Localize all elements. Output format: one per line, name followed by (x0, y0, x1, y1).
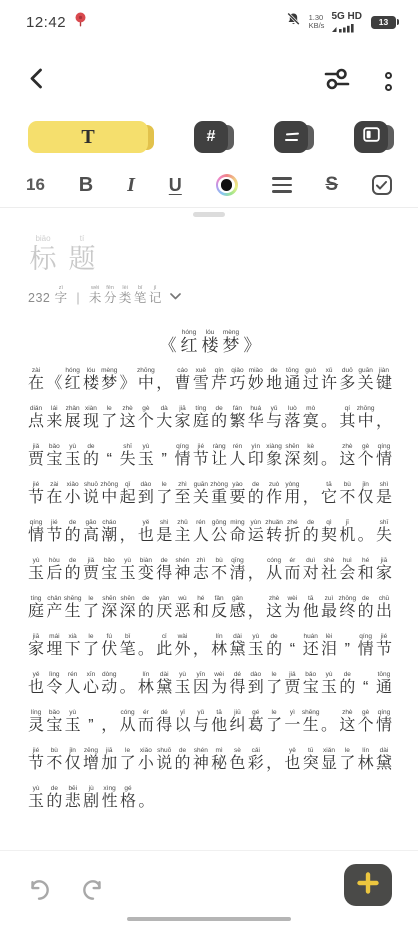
sheet-drag-handle[interactable] (193, 212, 225, 217)
text-style-key[interactable]: T (28, 121, 148, 153)
char-cell: biàn变 (138, 565, 154, 582)
note-text-line[interactable]: yù玉hòu后de的jiǎ贾bǎo宝yù玉biàn变de得shén神zhì志bù… (28, 547, 392, 585)
char-cell: xiǎo小 (65, 489, 81, 506)
todo-button[interactable] (372, 175, 392, 195)
char-cell: zuì最 (321, 603, 337, 620)
char-cell: gè个 (138, 413, 154, 430)
char-cell: shēn深 (120, 603, 136, 620)
char-cell: zhì志 (193, 565, 209, 582)
three-lines-icon (272, 177, 292, 192)
char-cell: ” (339, 641, 355, 658)
add-button[interactable] (344, 864, 392, 906)
char-cell: gāo高 (83, 527, 99, 544)
battery-level: 13 (379, 17, 388, 27)
char-cell: zhè这 (266, 603, 282, 620)
char-cell: yù玉 (248, 641, 264, 658)
char-cell: wù恶 (175, 603, 191, 620)
text-color-button[interactable] (216, 174, 238, 196)
char-cell: líng灵 (28, 717, 44, 734)
char-cell: shēng生 (303, 717, 319, 734)
char-cell: zhǔ主 (175, 527, 191, 544)
topic-key[interactable]: # (194, 121, 228, 153)
char-cell: de的 (138, 603, 154, 620)
text-style-key-label: T (28, 121, 148, 153)
char-cell: shì是 (376, 489, 392, 506)
list-lines-icon (285, 133, 298, 142)
char-cell: huán还 (303, 641, 319, 658)
char-cell: tōng通 (284, 375, 300, 392)
char-cell: hóng红 (65, 375, 81, 392)
char-cell: qín芹 (211, 375, 227, 392)
char-cell: guān关 (358, 375, 374, 392)
char-cell: xuě雪 (193, 375, 209, 392)
char-cell: zhōng终 (339, 603, 355, 620)
char-cell: tā他 (303, 603, 319, 620)
char-cell: lèi类 (119, 291, 132, 305)
char-cell: shī失 (120, 451, 136, 468)
char-cell: le了 (101, 413, 117, 430)
char-cell: de得 (156, 565, 172, 582)
note-text-line[interactable]: líng灵bǎo宝yù玉”，cóng从ér而dé得yǐ以yǔ与tā他jiū纠gé… (28, 699, 392, 737)
char-cell: tū突 (303, 755, 319, 772)
note-meta: 232 zì字 | wèi未fēn分lèi类bǐ笔jì记 (28, 289, 392, 305)
char-cell: mái埋 (46, 641, 62, 658)
char-cell: bǐ笔 (134, 291, 147, 305)
char-cell: yù玉 (28, 793, 44, 810)
char-cell: de的 (65, 527, 81, 544)
char-cell: tā它 (321, 489, 337, 506)
char-cell: le了 (266, 679, 282, 696)
location-pin-icon (74, 12, 87, 33)
char-cell: yì一 (284, 717, 300, 734)
char-cell: dòng动 (101, 679, 117, 696)
char-cell: chǎn产 (46, 603, 62, 620)
char-cell: bù不 (46, 755, 62, 772)
char-cell: qíng情 (358, 641, 374, 658)
char-cell: yòng用 (284, 489, 300, 506)
char-cell: wèi为 (211, 679, 227, 696)
char-cell: rén人 (193, 527, 209, 544)
char-cell: zhōng中 (138, 375, 154, 392)
char-cell: ， (156, 375, 172, 392)
char-cell: shén神 (193, 755, 209, 772)
plus-icon (357, 872, 379, 899)
signal-indicator: 5G HD (331, 12, 362, 33)
undo-arrow-icon (26, 877, 52, 908)
char-cell: jié节 (193, 451, 209, 468)
char-cell: qì契 (321, 527, 337, 544)
char-cell: xiǎo小 (138, 755, 154, 772)
char-cell: dà大 (156, 413, 172, 430)
char-cell: mìng命 (229, 527, 245, 544)
char-cell: yàn厌 (156, 603, 172, 620)
char-cell: mì秘 (211, 755, 227, 772)
char-cell: fán繁 (229, 413, 245, 430)
char-cell: ， (193, 641, 209, 658)
char-cell: yě也 (284, 755, 300, 772)
char-cell: zhōng中 (358, 413, 374, 430)
char-cell: ， (248, 565, 264, 582)
note-text-line[interactable]: tíng庭chǎn产shēng生le了shēn深shēn深de的yàn厌wù恶h… (28, 585, 392, 623)
hashtag-icon: # (207, 128, 216, 146)
char-cell: shè社 (321, 565, 337, 582)
note-body-title[interactable]: 《hóng红lóu楼mèng梦》 (28, 319, 392, 357)
char-cell: mò寞 (303, 413, 319, 430)
char-cell: xiǎn显 (321, 755, 337, 772)
char-cell: ， (101, 717, 117, 734)
char-cell: yù玉 (175, 679, 191, 696)
char-cell: le了 (156, 489, 172, 506)
char-cell: dài黛 (156, 679, 172, 696)
align-button[interactable] (272, 177, 292, 192)
options-button[interactable] (323, 67, 351, 96)
char-cell: bǎo宝 (46, 717, 62, 734)
char-cell: guò过 (303, 375, 319, 392)
note-text-line[interactable]: qíng情jié节de的gāo高cháo潮，yě也shì是zhǔ主rén人gōn… (28, 509, 392, 547)
char-cell: zhè这 (120, 413, 136, 430)
char-cell: rén人 (65, 679, 81, 696)
char-cell: huá华 (248, 413, 264, 430)
char-cell: zhǎn展 (65, 413, 81, 430)
char-cell: qí其 (339, 413, 355, 430)
note-text-line[interactable]: jiā家mái埋xià下le了fú伏bǐ笔。cǐ此wài外，lín林dài黛yù… (28, 623, 392, 661)
char-cell: “ (358, 679, 374, 696)
char-cell: fú伏 (101, 641, 117, 658)
color-wheel-icon (216, 174, 238, 196)
char-cell: shēn深 (284, 451, 300, 468)
char-cell: rén人 (229, 451, 245, 468)
status-bar: 12:42 1.30 KB/s (0, 0, 418, 40)
char-cell: yù玉 (321, 679, 337, 696)
char-cell: jié节 (28, 489, 44, 506)
char-cell: yě也 (28, 679, 44, 696)
char-cell: shuō说 (83, 489, 99, 506)
char-cell: de的 (175, 755, 191, 772)
char-cell: jié节 (46, 527, 62, 544)
font-size-button[interactable]: 16 (26, 175, 45, 195)
char-cell: qíng情 (175, 451, 191, 468)
char-cell: ， (303, 489, 319, 506)
char-cell: mèng梦 (223, 337, 240, 354)
char-cell: jǐn仅 (358, 489, 374, 506)
note-text-line[interactable]: jiǎ贾bǎo宝yù玉de的“shī失yù玉”qíng情jié节ràng让rén… (28, 433, 392, 471)
char-cell: lín林 (138, 679, 154, 696)
redo-arrow-icon (80, 877, 106, 908)
char-cell: yǔ与 (266, 413, 282, 430)
checkbox-check-icon (372, 175, 392, 195)
char-cell: zhòng重 (211, 489, 227, 506)
char-cell: yù玉 (65, 717, 81, 734)
char-cell: jiǎ贾 (28, 451, 44, 468)
char-cell: dé得 (229, 679, 245, 696)
char-cell: cóng从 (120, 717, 136, 734)
char-cell: jiàn键 (376, 375, 392, 392)
char-cell: ， (120, 527, 136, 544)
char-cell: bǎo宝 (46, 451, 62, 468)
char-cell: tíng庭 (193, 413, 209, 430)
char-cell: le了 (83, 641, 99, 658)
char-cell: miào妙 (248, 375, 264, 392)
char-cell: zhè这 (339, 717, 355, 734)
char-cell: huì会 (339, 565, 355, 582)
char-cell: yě也 (138, 527, 154, 544)
char-cell: guān关 (193, 489, 209, 506)
char-cell: yào要 (229, 489, 245, 506)
char-cell: de的 (266, 641, 282, 658)
char-cell: de的 (83, 451, 99, 468)
chevron-left-icon (26, 66, 48, 96)
char-cell: jiā家 (175, 413, 191, 430)
char-cell: hòu后 (46, 565, 62, 582)
char-cell: dài黛 (376, 755, 392, 772)
bell-off-icon (285, 11, 302, 33)
template-key[interactable] (354, 121, 388, 153)
char-cell: qiǎo巧 (229, 375, 245, 392)
note-body-text[interactable]: zài在《hóng红lóu楼mèng梦》zhōng中，cáo曹xuě雪qín芹q… (28, 357, 392, 813)
char-cell: le了 (83, 603, 99, 620)
char-cell: de的 (211, 413, 227, 430)
char-cell: yù玉 (120, 565, 136, 582)
chevron-down-icon[interactable] (170, 289, 181, 303)
more-menu-button[interactable] (385, 72, 392, 91)
char-cell: sè色 (229, 755, 245, 772)
char-cell: lóu楼 (202, 337, 219, 354)
bottom-bar (0, 850, 418, 925)
char-cell: cháo潮 (101, 527, 117, 544)
char-cell: zhuǎn转 (266, 527, 282, 544)
char-cell: dào到 (248, 679, 264, 696)
char-cell: shì是 (156, 527, 172, 544)
char-cell: ， (376, 413, 392, 430)
char-cell: bǐ笔 (120, 641, 136, 658)
char-cell: xǔ许 (321, 375, 337, 392)
char-cell: zài在 (28, 375, 44, 392)
underline-button[interactable]: U (169, 175, 182, 196)
char-cell: jiā家 (376, 565, 392, 582)
char-cell: jiū纠 (229, 717, 245, 734)
italic-button[interactable]: I (127, 174, 135, 197)
note-text-line[interactable]: yù玉de的bēi悲jù剧xìng性gé格。 (28, 775, 392, 813)
char-cell: 》 (244, 337, 261, 354)
char-cell: cóng从 (266, 565, 282, 582)
char-cell: fǎn反 (211, 603, 227, 620)
char-cell: shēn深 (101, 603, 117, 620)
char-cell: tí题 (67, 244, 97, 274)
strikethrough-button[interactable]: S (325, 174, 338, 196)
char-cell: shén神 (175, 565, 191, 582)
char-cell: de的 (46, 793, 62, 810)
char-cell: lèi泪 (321, 641, 337, 658)
char-cell: jiǎ贾 (83, 565, 99, 582)
char-cell: 。 (321, 451, 337, 468)
char-cell: qíng情 (376, 451, 392, 468)
char-cell: lìng令 (46, 679, 62, 696)
category-selector[interactable]: wèi未fēn分lèi类bǐ笔jì记 (89, 291, 162, 305)
list-key[interactable] (274, 121, 308, 153)
char-cell: zhé折 (284, 527, 300, 544)
char-cell: ér而 (138, 717, 154, 734)
char-cell: xià下 (65, 641, 81, 658)
char-cell: mèng梦 (101, 375, 117, 392)
nav-bar (0, 55, 418, 107)
network-type-label: 5G HD (331, 12, 362, 22)
char-cell: zì字 (54, 291, 67, 305)
char-cell: gè个 (358, 451, 374, 468)
style-toolbar: T # (0, 112, 418, 162)
layout-board-icon (363, 127, 380, 147)
char-cell: gōng公 (211, 527, 227, 544)
char-cell: duì对 (303, 565, 319, 582)
meta-separator: | (76, 291, 79, 305)
char-cell: yù玉 (65, 451, 81, 468)
undo-button[interactable] (26, 877, 52, 908)
word-count: 232 (28, 291, 50, 305)
char-cell: bēi悲 (65, 793, 81, 810)
note-text-line[interactable]: yě也lìng令rén人xīn心dòng动。lín林dài黛yù玉yīn因wèi… (28, 661, 392, 699)
tune-sliders-icon (323, 67, 351, 96)
char-cell: biāo标 (28, 244, 58, 274)
char-cell: zuò作 (266, 489, 282, 506)
char-cell: 》 (120, 375, 136, 392)
char-cell: 。 (321, 413, 337, 430)
network-speed: 1.30 KB/s (309, 14, 325, 30)
char-cell: bǎo宝 (303, 679, 319, 696)
char-cell: bǎo宝 (101, 565, 117, 582)
clock: 12:42 (26, 14, 66, 31)
char-cell: 。 (358, 527, 374, 544)
char-cell: gǎn感 (229, 603, 245, 620)
dot-icon (385, 84, 392, 91)
char-cell: le了 (339, 755, 355, 772)
note-text-line[interactable]: jié节bù不jǐn仅zēng增jiā加le了xiǎo小shuō说de的shén… (28, 737, 392, 775)
redo-button[interactable] (80, 877, 106, 908)
note-content: biāo标tí题 232 zì字 | wèi未fēn分lèi类bǐ笔jì记 《h… (0, 228, 418, 813)
char-cell: kè刻 (303, 451, 319, 468)
bold-button[interactable]: B (79, 174, 93, 197)
toolbar-divider (0, 207, 418, 208)
char-cell: jiā家 (28, 641, 44, 658)
word-count-unit: zì字 (54, 291, 67, 305)
char-cell: lín林 (358, 755, 374, 772)
char-cell: ” (156, 451, 172, 468)
char-cell: dài黛 (229, 641, 245, 658)
char-cell: wèi为 (284, 603, 300, 620)
char-cell: tōng通 (376, 679, 392, 696)
char-cell: qíng情 (28, 527, 44, 544)
char-cell: tíng庭 (28, 603, 44, 620)
char-cell: hé和 (358, 565, 374, 582)
char-cell: bù不 (339, 489, 355, 506)
char-cell: lái来 (46, 413, 62, 430)
char-cell: shēng生 (65, 603, 81, 620)
char-cell: gé格 (120, 793, 136, 810)
char-cell: wài外 (175, 641, 191, 658)
char-cell: ， (248, 603, 264, 620)
char-cell: zài在 (46, 489, 62, 506)
char-cell: xiàng象 (266, 451, 282, 468)
char-cell: xīn心 (83, 679, 99, 696)
char-cell: 《 (160, 337, 177, 354)
char-cell: xiàn现 (83, 413, 99, 430)
format-bar: 16 B I U S (0, 164, 418, 206)
char-cell: cǎi彩 (248, 755, 264, 772)
char-cell: de的 (248, 489, 264, 506)
note-text-line[interactable]: diǎn点lái来zhǎn展xiàn现le了zhè这gè个dà大jiā家tíng… (28, 395, 392, 433)
char-cell: duō多 (339, 375, 355, 392)
char-cell: de的 (303, 527, 319, 544)
char-cell: tā他 (211, 717, 227, 734)
char-cell: qíng情 (376, 717, 392, 734)
note-text-line[interactable]: jié节zài在xiǎo小shuō说zhōng中qǐ起dào到le了zhì至gu… (28, 471, 392, 509)
char-cell: jǐn仅 (65, 755, 81, 772)
char-cell: lóu楼 (83, 375, 99, 392)
char-cell: ” (83, 717, 99, 734)
char-cell: gé葛 (248, 717, 264, 734)
char-cell: lín林 (211, 641, 227, 658)
char-cell: hé和 (193, 603, 209, 620)
char-cell: yùn运 (248, 527, 264, 544)
char-cell: 。 (138, 793, 154, 810)
battery-icon: 13 (371, 16, 396, 29)
char-cell: yù玉 (138, 451, 154, 468)
char-cell: xìng性 (102, 793, 118, 810)
note-text-line[interactable]: zài在《hóng红lóu楼mèng梦》zhōng中，cáo曹xuě雪qín芹q… (28, 357, 392, 395)
note-title-input[interactable]: biāo标tí题 (28, 244, 392, 274)
char-cell: jiā加 (101, 755, 117, 772)
dot-icon (385, 72, 392, 79)
char-cell: yù玉 (28, 565, 44, 582)
char-cell: 《 (46, 375, 62, 392)
note-editor-screen: 12:42 1.30 KB/s (0, 0, 418, 925)
char-cell: de的 (358, 603, 374, 620)
char-cell: yīn因 (193, 679, 209, 696)
char-cell: diǎn点 (28, 413, 44, 430)
char-cell: de地 (266, 375, 282, 392)
char-cell: le了 (266, 717, 282, 734)
char-cell: hóng红 (181, 337, 198, 354)
char-cell: zhì至 (175, 489, 191, 506)
back-button[interactable] (26, 66, 48, 96)
char-cell: zhè这 (339, 451, 355, 468)
char-cell: dé得 (156, 717, 172, 734)
home-indicator (127, 917, 291, 921)
char-cell: ràng让 (211, 451, 227, 468)
char-cell: fēn分 (104, 291, 117, 305)
char-cell: 。 (321, 717, 337, 734)
signal-bars-icon (331, 23, 358, 33)
char-cell: qǐ起 (120, 489, 136, 506)
char-cell: jié节 (28, 755, 44, 772)
char-cell: gè个 (358, 717, 374, 734)
char-cell: le了 (120, 755, 136, 772)
char-cell: “ (101, 451, 117, 468)
char-cell: “ (284, 641, 300, 658)
char-cell: qīng清 (229, 565, 245, 582)
char-cell: de的 (339, 679, 355, 696)
char-cell: dào到 (138, 489, 154, 506)
char-cell: cáo曹 (175, 375, 191, 392)
char-cell: 。 (138, 641, 154, 658)
char-cell: zhōng中 (101, 489, 117, 506)
char-cell: ， (266, 755, 282, 772)
char-cell: jì记 (149, 291, 162, 305)
char-cell: jù剧 (83, 793, 99, 810)
char-cell: bù不 (211, 565, 227, 582)
char-cell: yìn印 (248, 451, 264, 468)
char-cell: chū出 (376, 603, 392, 620)
char-cell: shī失 (376, 527, 392, 544)
char-cell: yǐ以 (175, 717, 191, 734)
